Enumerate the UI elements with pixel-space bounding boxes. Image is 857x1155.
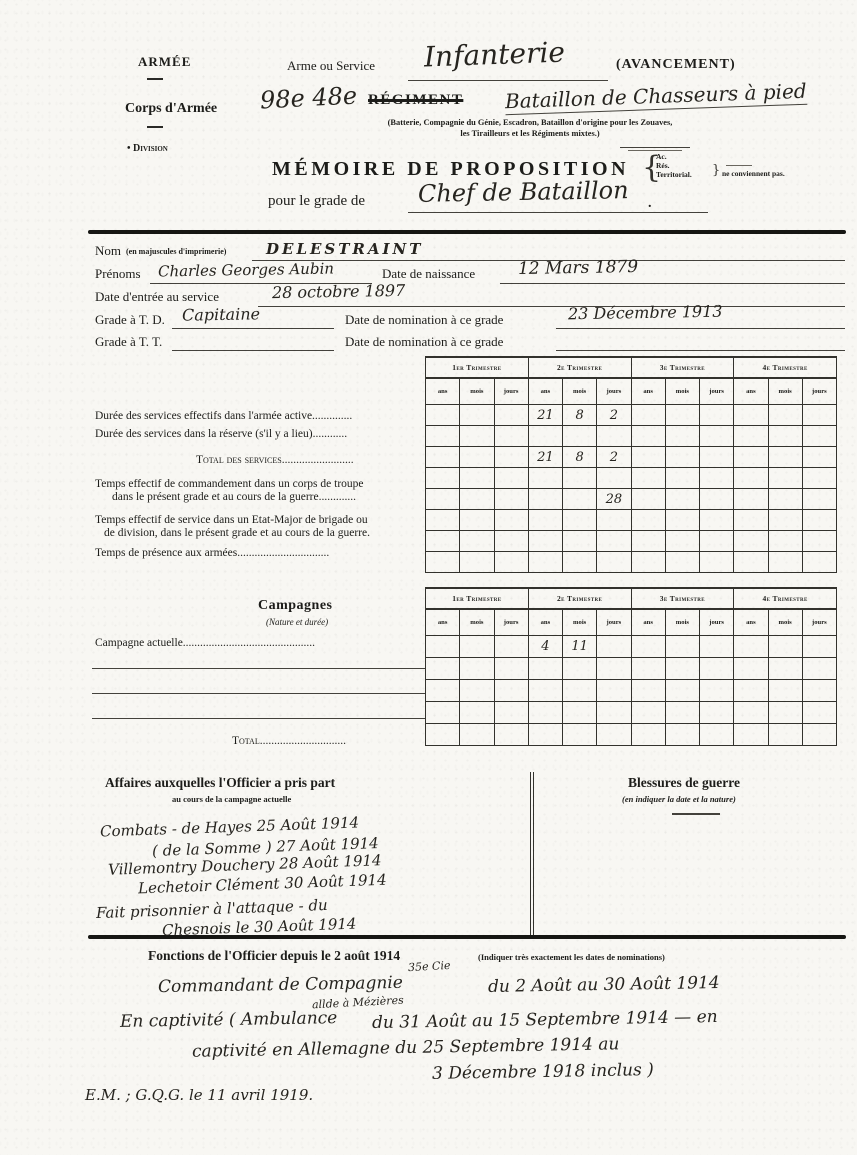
campagnes-total-label: Total.............................. — [232, 735, 346, 747]
table-cell — [563, 531, 597, 552]
campagnes-title: Campagnes — [258, 598, 333, 614]
short-rule — [672, 813, 720, 815]
bracket-items: Ac. Rés. Territorial. — [656, 152, 692, 179]
section-divider — [88, 230, 846, 234]
service-duration-table-grid: 1er Trimestre2e Trimestre3e Trimestre4e … — [425, 356, 837, 573]
table-cell — [802, 680, 836, 702]
subcolumn-header: ans — [734, 378, 768, 405]
table-cell — [460, 680, 494, 702]
table-cell — [768, 724, 802, 746]
table-cell — [426, 680, 460, 702]
underline — [408, 212, 708, 213]
subcolumn-header: jours — [494, 609, 528, 636]
table-cell — [734, 447, 768, 468]
subcolumn-header: jours — [802, 378, 836, 405]
table-cell — [597, 702, 631, 724]
table-row — [426, 702, 837, 724]
table-cell — [563, 680, 597, 702]
table-cell — [665, 426, 699, 447]
table-row — [426, 552, 837, 573]
service-label-total: Total des services......................… — [196, 454, 354, 466]
table-cell — [631, 489, 665, 510]
table-cell — [426, 405, 460, 426]
affaires-subtitle: au cours de la campagne actuelle — [172, 794, 291, 804]
table-cell — [494, 702, 528, 724]
fonctions-line2-a: En captivité ( Ambulance — [120, 1008, 338, 1032]
table-cell — [700, 636, 734, 658]
table-cell — [494, 636, 528, 658]
table-cell — [426, 724, 460, 746]
fonctions-title: Fonctions de l'Officier depuis le 2 août… — [148, 948, 400, 964]
subcolumn-header: ans — [528, 609, 562, 636]
table-cell — [528, 489, 562, 510]
table-cell — [802, 636, 836, 658]
subcolumn-header: jours — [700, 378, 734, 405]
table-cell — [426, 426, 460, 447]
table-row — [426, 531, 837, 552]
table-cell — [631, 724, 665, 746]
table-cell — [426, 702, 460, 724]
underline — [408, 80, 608, 81]
table-cell — [460, 552, 494, 573]
nom-note: (en majuscules d'imprimerie) — [126, 247, 226, 256]
campagnes-subtitle: (Nature et durée) — [266, 617, 328, 627]
table-cell — [665, 658, 699, 680]
table-cell — [426, 468, 460, 489]
table-cell — [528, 658, 562, 680]
bracket-note: ne conviennent pas. — [722, 169, 785, 178]
table-cell — [802, 447, 836, 468]
column-divider — [530, 772, 534, 935]
trimestre-header: 4e Trimestre — [734, 588, 837, 609]
table-cell — [528, 552, 562, 573]
table-cell — [665, 489, 699, 510]
table-cell — [460, 636, 494, 658]
underline — [556, 350, 845, 351]
underline — [172, 350, 334, 351]
table-cell — [700, 680, 734, 702]
table-cell — [494, 447, 528, 468]
table-cell — [700, 702, 734, 724]
table-cell — [700, 724, 734, 746]
brace-close: } — [712, 163, 720, 178]
fonctions-line4: 3 Décembre 1918 inclus ) — [432, 1060, 654, 1084]
trimestre-header: 2e Trimestre — [528, 588, 631, 609]
table-cell — [494, 658, 528, 680]
table-cell — [597, 510, 631, 531]
table-cell — [631, 468, 665, 489]
table-cell: 8 — [563, 405, 597, 426]
subcolumn-header: mois — [768, 609, 802, 636]
service-label-commandement-1: Temps effectif de commandement dans un c… — [95, 478, 364, 490]
footer-signature: E.M. ; G.Q.G. le 11 avril 1919. — [85, 1086, 313, 1104]
table-cell — [426, 636, 460, 658]
fonctions-line2-b: du 31 Août au 15 Septembre 1914 — en — [372, 1007, 718, 1033]
table-cell — [563, 510, 597, 531]
table-cell — [528, 702, 562, 724]
table-cell — [665, 702, 699, 724]
nomination-td-label: Date de nomination à ce grade — [345, 312, 503, 328]
avancement-label: (AVANCEMENT) — [616, 57, 736, 73]
table-cell — [597, 636, 631, 658]
table-cell: 8 — [563, 447, 597, 468]
table-cell — [460, 658, 494, 680]
fonctions-note: (Indiquer très exactement les dates de n… — [478, 952, 665, 962]
nomination-tt-label: Date de nomination à ce grade — [345, 334, 503, 350]
table-cell — [597, 680, 631, 702]
affaires-title: Affaires auxquelles l'Officier a pris pa… — [105, 775, 335, 791]
service-label-etatmajor-1: Temps effectif de service dans un Etat-M… — [95, 514, 368, 526]
table-cell — [768, 636, 802, 658]
table-cell — [494, 510, 528, 531]
regiment-label-struck: RÉGIMENT — [368, 92, 463, 109]
subcolumn-header: mois — [768, 378, 802, 405]
table-cell — [563, 552, 597, 573]
fonctions-line3: captivité en Allemagne du 25 Septembre 1… — [192, 1034, 620, 1061]
arme-ou-service-value: Infanterie — [423, 36, 565, 74]
subcolumn-header: jours — [700, 609, 734, 636]
table-cell — [802, 405, 836, 426]
table-cell — [768, 468, 802, 489]
table-cell — [563, 724, 597, 746]
trimestre-header: 1er Trimestre — [426, 357, 529, 378]
table-cell — [563, 426, 597, 447]
table-cell — [734, 489, 768, 510]
double-rule — [620, 147, 690, 148]
table-cell — [597, 426, 631, 447]
table-cell — [631, 510, 665, 531]
subcolumn-header: jours — [802, 609, 836, 636]
table-cell — [494, 405, 528, 426]
table-cell — [802, 510, 836, 531]
table-cell — [768, 552, 802, 573]
table-cell — [700, 552, 734, 573]
table-cell — [734, 636, 768, 658]
table-cell — [768, 447, 802, 468]
subcolumn-header: mois — [665, 378, 699, 405]
corps-armee-label: Corps d'Armée — [125, 101, 217, 117]
table-cell — [426, 447, 460, 468]
table-cell — [631, 658, 665, 680]
scanned-document: ARMÉE Corps d'Armée • Division Arme ou S… — [0, 0, 857, 1155]
table-cell — [426, 658, 460, 680]
table-cell — [802, 489, 836, 510]
grade-td-label: Grade à T. D. — [95, 312, 165, 328]
blessures-title: Blessures de guerre — [628, 775, 740, 791]
table-cell — [460, 447, 494, 468]
table-row: 2182 — [426, 447, 837, 468]
grade-value-handwritten: Chef de Bataillon — [418, 176, 629, 208]
arme-ou-service-label: Arme ou Service — [287, 58, 375, 74]
table-cell — [563, 489, 597, 510]
table-cell — [768, 405, 802, 426]
table-cell — [460, 531, 494, 552]
table-cell — [700, 489, 734, 510]
table-cell — [597, 658, 631, 680]
table-cell — [700, 510, 734, 531]
campagnes-table: 1er Trimestre2e Trimestre3e Trimestre4e … — [425, 587, 837, 746]
table-cell — [460, 510, 494, 531]
grade-td-value-handwritten: Capitaine — [182, 304, 260, 324]
table-cell — [494, 552, 528, 573]
ruled-line — [92, 668, 425, 669]
subcolumn-header: ans — [734, 609, 768, 636]
subcolumn-header: mois — [563, 609, 597, 636]
table-cell — [665, 636, 699, 658]
subcolumn-header: mois — [563, 378, 597, 405]
table-cell — [768, 658, 802, 680]
naissance-label: Date de naissance — [382, 266, 475, 282]
table-cell: 28 — [597, 489, 631, 510]
table-cell — [665, 552, 699, 573]
nom-value-handwritten: DELESTRAINT — [266, 240, 423, 258]
table-cell: 2 — [597, 447, 631, 468]
table-cell — [631, 405, 665, 426]
table-cell — [734, 510, 768, 531]
table-cell — [460, 405, 494, 426]
table-cell — [734, 724, 768, 746]
table-cell — [460, 702, 494, 724]
prenoms-value-handwritten: Charles Georges Aubin — [158, 259, 334, 280]
table-cell — [426, 531, 460, 552]
table-cell — [494, 724, 528, 746]
table-cell — [734, 658, 768, 680]
table-cell — [426, 510, 460, 531]
table-cell — [631, 552, 665, 573]
service-label-presence: Temps de présence aux armées............… — [95, 547, 329, 559]
table-cell: 2 — [597, 405, 631, 426]
trimestre-header: 1er Trimestre — [426, 588, 529, 609]
table-cell — [597, 531, 631, 552]
service-label-etatmajor-2: de division, dans le présent grade et au… — [104, 527, 370, 539]
entree-service-label: Date d'entrée au service — [95, 289, 219, 305]
table-cell — [665, 447, 699, 468]
subcolumn-header: jours — [597, 378, 631, 405]
table-cell — [802, 702, 836, 724]
subcolumn-header: ans — [426, 378, 460, 405]
table-cell: 4 — [528, 636, 562, 658]
table-cell — [734, 531, 768, 552]
table-row — [426, 510, 837, 531]
underline — [258, 306, 845, 307]
table-cell — [665, 531, 699, 552]
table-cell — [528, 531, 562, 552]
campagnes-table-grid: 1er Trimestre2e Trimestre3e Trimestre4e … — [425, 587, 837, 746]
table-cell — [768, 426, 802, 447]
table-cell — [426, 552, 460, 573]
prenoms-label: Prénoms — [95, 266, 141, 282]
table-cell — [768, 510, 802, 531]
table-cell — [768, 680, 802, 702]
blessures-subtitle: (en indiquer la date et la nature) — [622, 794, 736, 804]
subcolumn-header: ans — [426, 609, 460, 636]
table-cell — [460, 468, 494, 489]
table-row — [426, 658, 837, 680]
table-cell — [494, 531, 528, 552]
grade-trailing-dot: . — [648, 196, 652, 212]
entree-service-value-handwritten: 28 octobre 1897 — [272, 281, 406, 302]
table-cell — [631, 447, 665, 468]
trimestre-header: 4e Trimestre — [734, 357, 837, 378]
table-cell — [700, 405, 734, 426]
subcolumn-header: mois — [665, 609, 699, 636]
table-row — [426, 724, 837, 746]
trimestre-header: 3e Trimestre — [631, 357, 734, 378]
table-cell — [631, 531, 665, 552]
table-cell — [665, 680, 699, 702]
table-cell — [631, 426, 665, 447]
table-row — [426, 468, 837, 489]
unit-note-line2: les Tirailleurs et les Régiments mixtes.… — [300, 129, 760, 138]
armee-label: ARMÉE — [138, 54, 191, 70]
table-cell — [802, 658, 836, 680]
table-cell — [494, 468, 528, 489]
fonctions-line2-superscript: allde à Mézières — [312, 994, 404, 1012]
ruled-line — [92, 693, 425, 694]
table-cell — [700, 658, 734, 680]
table-cell — [768, 489, 802, 510]
service-label-reserve: Durée des services dans la réserve (s'il… — [95, 428, 347, 440]
fonctions-line1-a: Commandant de Compagnie — [158, 973, 403, 997]
bracket-item-territorial: Territorial. — [656, 170, 692, 179]
table-cell — [665, 405, 699, 426]
table-cell — [597, 468, 631, 489]
table-cell — [494, 680, 528, 702]
division-label: • Division — [127, 143, 168, 154]
table-cell — [768, 702, 802, 724]
table-cell — [700, 447, 734, 468]
table-cell — [734, 702, 768, 724]
table-cell — [460, 426, 494, 447]
table-cell — [528, 510, 562, 531]
table-cell — [802, 426, 836, 447]
table-cell — [460, 724, 494, 746]
underline — [172, 328, 334, 329]
table-cell — [563, 702, 597, 724]
trimestre-header: 2e Trimestre — [528, 357, 631, 378]
table-row — [426, 426, 837, 447]
subcolumn-header: mois — [460, 378, 494, 405]
subcolumn-header: jours — [597, 609, 631, 636]
divider-dash — [147, 78, 163, 80]
divider-dash — [147, 126, 163, 128]
unit-numbers-handwritten: 98e 48e — [259, 81, 357, 114]
table-cell — [700, 531, 734, 552]
table-cell — [802, 552, 836, 573]
fonctions-line1-b: du 2 Août au 30 Août 1914 — [488, 973, 720, 997]
table-cell — [528, 426, 562, 447]
table-cell: 21 — [528, 447, 562, 468]
table-cell: 21 — [528, 405, 562, 426]
table-cell — [665, 510, 699, 531]
table-cell — [597, 724, 631, 746]
subcolumn-header: ans — [631, 378, 665, 405]
table-cell — [734, 552, 768, 573]
table-cell — [665, 724, 699, 746]
table-cell — [426, 489, 460, 510]
trimestre-header: 3e Trimestre — [631, 588, 734, 609]
table-cell — [734, 405, 768, 426]
subcolumn-header: jours — [494, 378, 528, 405]
table-row: 411 — [426, 636, 837, 658]
nomination-td-value-handwritten: 23 Décembre 1913 — [568, 302, 723, 324]
table-cell — [631, 636, 665, 658]
service-label-active: Durée des services effectifs dans l'armé… — [95, 410, 352, 422]
nom-label: Nom — [95, 243, 121, 259]
table-cell: 11 — [563, 636, 597, 658]
service-duration-table: 1er Trimestre2e Trimestre3e Trimestre4e … — [425, 356, 837, 573]
table-cell — [802, 531, 836, 552]
unit-note-line1: (Batterie, Compagnie du Génie, Escadron,… — [300, 118, 760, 127]
unit-value-handwritten: Bataillon de Chasseurs à pied — [505, 79, 807, 116]
table-cell — [665, 468, 699, 489]
table-cell — [631, 680, 665, 702]
grade-line-label: pour le grade de — [268, 193, 365, 210]
grade-tt-label: Grade à T. T. — [95, 334, 162, 350]
underline — [500, 283, 845, 284]
table-cell — [494, 426, 528, 447]
table-cell — [734, 680, 768, 702]
fonctions-line1-superscript: 35e Cie — [408, 959, 451, 974]
subcolumn-header: ans — [528, 378, 562, 405]
table-row: 28 — [426, 489, 837, 510]
ruled-line — [92, 718, 425, 719]
table-cell — [528, 724, 562, 746]
table-cell — [768, 531, 802, 552]
table-cell — [597, 552, 631, 573]
tiny-dash — [726, 165, 752, 166]
table-cell — [494, 489, 528, 510]
table-cell — [460, 489, 494, 510]
underline — [556, 328, 845, 329]
table-cell — [700, 426, 734, 447]
table-cell — [528, 468, 562, 489]
table-cell — [700, 468, 734, 489]
table-cell — [563, 468, 597, 489]
table-cell — [802, 468, 836, 489]
table-row — [426, 680, 837, 702]
bracket-item-ac: Ac. — [656, 152, 692, 161]
table-cell — [528, 680, 562, 702]
table-cell — [734, 426, 768, 447]
service-label-commandement-2: dans le présent grade et au cours de la … — [112, 491, 356, 503]
table-cell — [631, 702, 665, 724]
bracket-item-res: Rés. — [656, 161, 692, 170]
campagne-actuelle-label: Campagne actuelle.......................… — [95, 637, 315, 649]
table-cell — [802, 724, 836, 746]
table-row: 2182 — [426, 405, 837, 426]
subcolumn-header: ans — [631, 609, 665, 636]
subcolumn-header: mois — [460, 609, 494, 636]
table-cell — [563, 658, 597, 680]
naissance-value-handwritten: 12 Mars 1879 — [518, 257, 638, 279]
table-cell — [734, 468, 768, 489]
